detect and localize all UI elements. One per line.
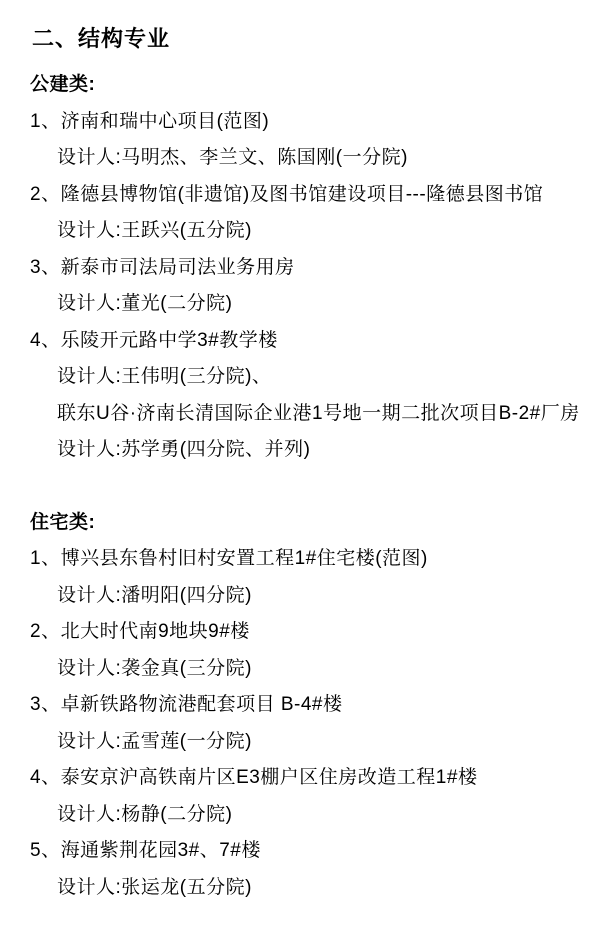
project-line: 3、新泰市司法局司法业务用房 bbox=[30, 250, 592, 287]
project-line: 1、博兴县东鲁村旧村安置工程1#住宅楼(范图) bbox=[30, 541, 592, 578]
designer-line: 设计人:董光(二分院) bbox=[30, 286, 592, 323]
page-title: 二、结构专业 bbox=[32, 24, 592, 54]
designer-line: 设计人:张运龙(五分院) bbox=[30, 870, 592, 907]
section-heading: 公建类: bbox=[30, 67, 592, 104]
project-line: 5、海通紫荆花园3#、7#楼 bbox=[30, 833, 592, 870]
project-line: 3、卓新铁路物流港配套项目 B-4#楼 bbox=[30, 687, 592, 724]
project-line: 4、泰安京沪高铁南片区E3棚户区住房改造工程1#楼 bbox=[30, 760, 592, 797]
section-divider-space bbox=[30, 469, 592, 505]
document-page: 二、结构专业 公建类: 1、济南和瑞中心项目(范图) 设计人:马明杰、李兰文、陈… bbox=[0, 0, 600, 932]
project-line: 2、北大时代南9地块9#楼 bbox=[30, 614, 592, 651]
section-residential: 住宅类: 1、博兴县东鲁村旧村安置工程1#住宅楼(范图) 设计人:潘明阳(四分院… bbox=[30, 505, 592, 907]
designer-line: 设计人:潘明阳(四分院) bbox=[30, 578, 592, 615]
designer-line: 设计人:袭金真(三分院) bbox=[30, 651, 592, 688]
designer-line: 设计人:王伟明(三分院)、 bbox=[30, 359, 592, 396]
designer-line: 设计人:马明杰、李兰文、陈国刚(一分院) bbox=[30, 140, 592, 177]
project-line: 2、隆德县博物馆(非遗馆)及图书馆建设项目---隆德县图书馆 bbox=[30, 177, 592, 214]
project-line: 4、乐陵开元路中学3#教学楼 bbox=[30, 323, 592, 360]
designer-line: 设计人:孟雪莲(一分院) bbox=[30, 724, 592, 761]
designer-line: 设计人:王跃兴(五分院) bbox=[30, 213, 592, 250]
designer-line: 设计人:苏学勇(四分院、并列) bbox=[30, 432, 592, 469]
project-line: 1、济南和瑞中心项目(范图) bbox=[30, 104, 592, 141]
section-public-buildings: 公建类: 1、济南和瑞中心项目(范图) 设计人:马明杰、李兰文、陈国刚(一分院)… bbox=[30, 67, 592, 469]
section-heading: 住宅类: bbox=[30, 505, 592, 542]
designer-line: 设计人:杨静(二分院) bbox=[30, 797, 592, 834]
project-continuation-line: 联东U谷·济南长清国际企业港1号地一期二批次项目B-2#厂房 bbox=[30, 396, 592, 433]
